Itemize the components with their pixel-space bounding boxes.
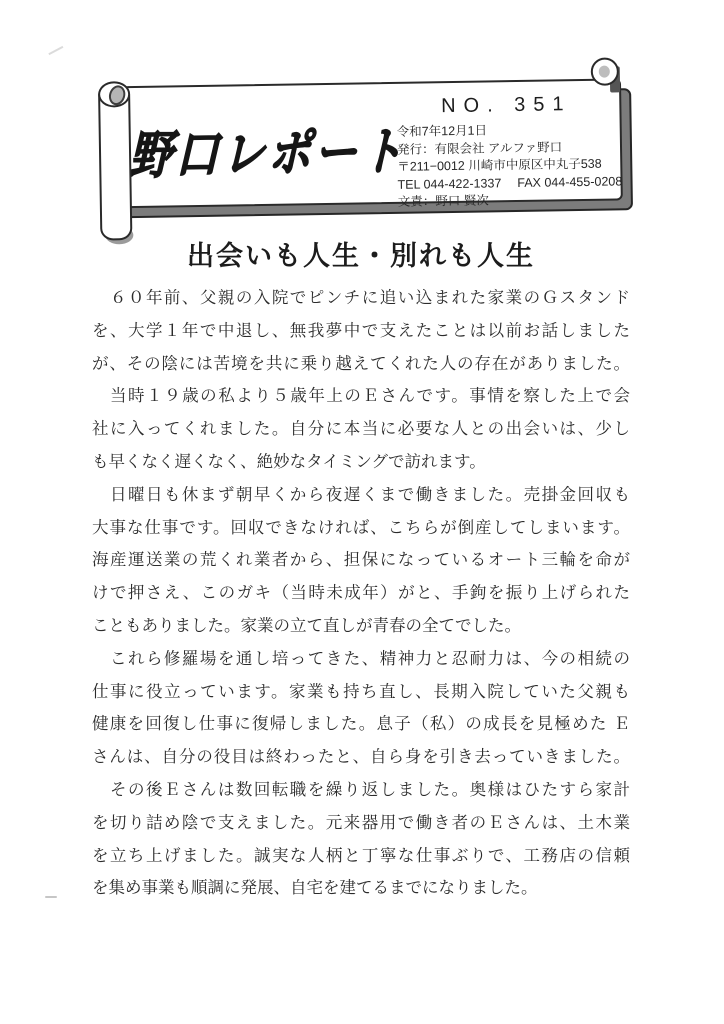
text-line: 社に入ってくれました。自分に本当に必要な人との出会いは、少し	[92, 413, 630, 446]
masthead-scroll-banner: 野口レポート NO. 351 令和7年12月1日 発行：有限会社 アルファ野口 …	[94, 52, 637, 242]
article: 出会いも人生・別れも人生 ６０年前、父親の入院でピンチに追い込まれた家業のＧスタ…	[92, 234, 630, 905]
scroll-left-roll	[98, 84, 132, 240]
text-line: こともありました。家業の立て直しが青春の全てでした。	[92, 610, 630, 643]
text-line: その後Ｅさんは数回転職を繰り返しました。奥様はひたすら家計	[92, 774, 630, 807]
tel-fax: TEL 044-422-1337 FAX 044-455-0208	[397, 173, 617, 194]
issue-number: NO. 351	[396, 92, 616, 118]
text-line: も早くなく遅くなく、絶妙なタイミングで訪れます。	[92, 446, 630, 479]
text-line: 健康を回復し仕事に復帰しました。息子（私）の成長を見極めた Ｅ	[92, 708, 630, 741]
text-line: 海産運送業の荒くれ業者から、担保になっているオート三輪を命が	[92, 544, 630, 577]
text-line: 大事な仕事です。回収できなければ、こちらが倒産してしまいます。	[92, 512, 630, 545]
paragraphs: ６０年前、父親の入院でピンチに追い込まれた家業のＧスタンドを、大学１年で中退し、…	[92, 282, 630, 905]
newsletter-title: 野口レポート	[125, 110, 394, 188]
article-headline: 出会いも人生・別れも人生	[92, 234, 630, 273]
scan-smudge-left	[45, 896, 57, 898]
text-line: 当時１９歳の私より５歳年上のＥさんです。事情を察した上で会	[92, 380, 630, 413]
text-line: が、その陰には苦境を共に乗り越えてくれた人の存在がありました。	[92, 348, 630, 381]
text-line: を切り詰め陰で支えました。元来器用で働き者のＥさんは、土木業	[92, 807, 630, 840]
masthead-info-block: NO. 351 令和7年12月1日 発行：有限会社 アルファ野口 〒211−00…	[396, 92, 618, 211]
text-line: を立ち上げました。誠実な人柄と丁寧な仕事ぶりで、工務店の信頼	[92, 840, 630, 873]
scroll-right-curl-hole	[599, 66, 610, 78]
scan-smudge-top	[45, 39, 64, 55]
text-line: これら修羅場を通し培ってきた、精神力と忍耐力は、今の相続の	[92, 643, 630, 676]
text-line: 日曜日も休まず朝早くから夜遅くまで働きました。売掛金回収も	[92, 479, 630, 512]
banner-face: 野口レポート NO. 351 令和7年12月1日 発行：有限会社 アルファ野口 …	[111, 78, 623, 208]
text-line: けで押さえ、このガキ（当時未成年）がと、手鉤を振り上げられた	[92, 577, 630, 610]
text-line: 仕事に役立っています。家業も持ち直し、長期入院していた父親も	[92, 676, 630, 709]
editor-credit: 文責：野口 賢次	[398, 190, 618, 211]
text-line: を集め事業も順調に発展、自宅を建てるまでになりました。	[92, 872, 630, 905]
text-line: ６０年前、父親の入院でピンチに追い込まれた家業のＧスタンド	[92, 282, 630, 315]
text-line: を、大学１年で中退し、無我夢中で支えたことは以前お話しました	[92, 315, 630, 348]
text-line: さんは、自分の役目は終わったと、自ら身を引き去っていきました。	[92, 741, 630, 774]
